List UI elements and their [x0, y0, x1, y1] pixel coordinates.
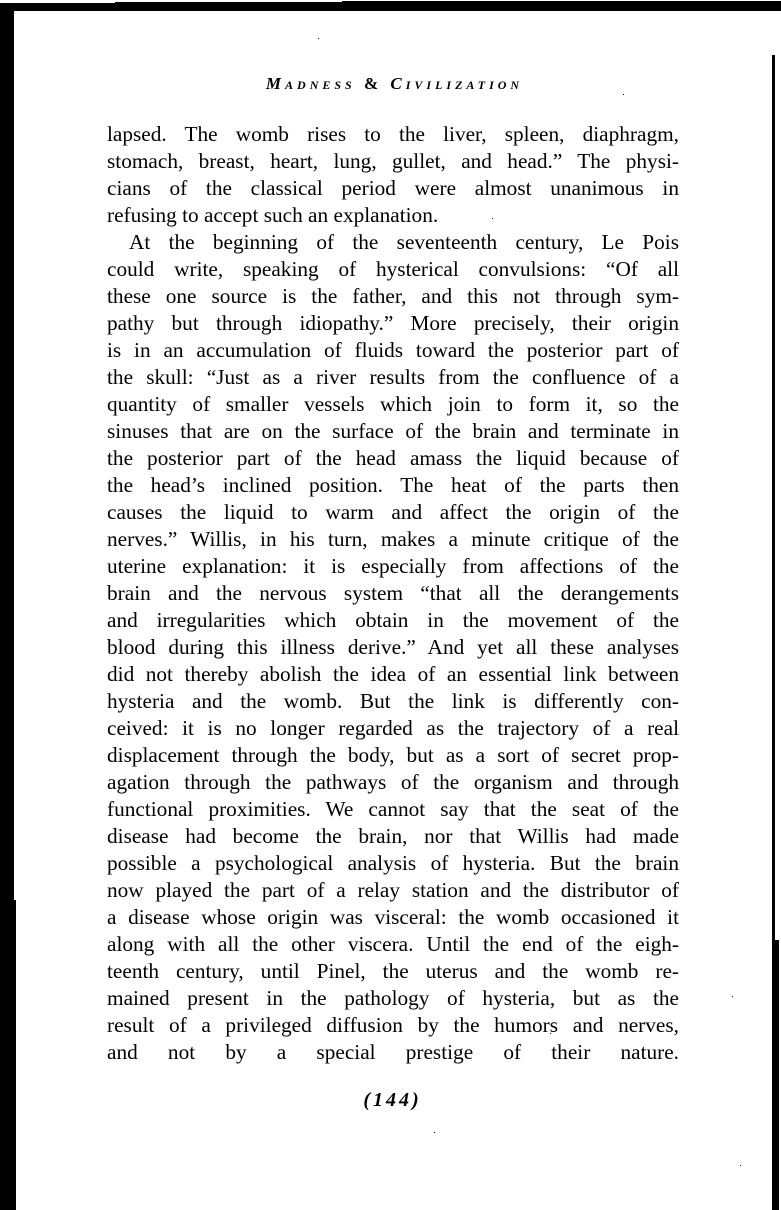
paragraph-continued: lapsed. The womb rises to the liver, spl…: [107, 121, 679, 229]
text-line: the head’s inclined position. The heat o…: [107, 472, 679, 499]
text-line: the posterior part of the head amass the…: [107, 445, 679, 472]
text-line: a disease whose origin was visceral: the…: [107, 904, 679, 931]
text-line: uterine explanation: it is especially fr…: [107, 553, 679, 580]
text-line: hysteria and the womb. But the link is d…: [107, 688, 679, 715]
text-line: ceived: it is no longer regarded as the …: [107, 715, 679, 742]
text-line: teenth century, until Pinel, the uterus …: [107, 958, 679, 985]
scan-border-right-lower: [775, 940, 779, 1210]
scan-speck: [732, 996, 733, 997]
text-line: possible a psychological analysis of hys…: [107, 850, 679, 877]
running-head-ampersand: &: [364, 74, 382, 93]
scan-speck: [434, 1132, 435, 1133]
text-line: is in an accumulation of fluids toward t…: [107, 337, 679, 364]
text-line: along with all the other viscera. Until …: [107, 931, 679, 958]
text-line: and irregularities which obtain in the m…: [107, 607, 679, 634]
text-line: blood during this illness derive.” And y…: [107, 634, 679, 661]
text-line: agation through the pathways of the orga…: [107, 769, 679, 796]
text-line: nerves.” Willis, in his turn, makes a mi…: [107, 526, 679, 553]
scan-speck: [318, 38, 319, 39]
text-line: did not thereby abolish the idea of an e…: [107, 661, 679, 688]
running-head: Madness & Civilization: [0, 74, 781, 94]
text-line: lapsed. The womb rises to the liver, spl…: [107, 121, 679, 148]
running-head-title-part1: Madness: [266, 74, 356, 93]
text-line: quantity of smaller vessels which join t…: [107, 391, 679, 418]
text-line: displacement through the body, but as a …: [107, 742, 679, 769]
text-line: brain and the nervous system “that all t…: [107, 580, 679, 607]
text-line: the skull: “Just as a river results from…: [107, 364, 679, 391]
text-line: stomach, breast, heart, lung, gullet, an…: [107, 148, 679, 175]
body-text: lapsed. The womb rises to the liver, spl…: [107, 121, 679, 1093]
text-line: and not by a special prestige of their n…: [107, 1039, 679, 1066]
scan-speck: [492, 218, 493, 219]
scan-border-left-lower: [4, 900, 16, 1210]
text-line: now played the part of a relay station a…: [107, 877, 679, 904]
text-line: pathy but through idiopathy.” More preci…: [107, 310, 679, 337]
text-line: causes the liquid to warm and affect the…: [107, 499, 679, 526]
text-line: functional proximities. We cannot say th…: [107, 796, 679, 823]
text-line: refusing to accept such an explanation.: [107, 202, 679, 229]
paragraph: At the beginning of the seventeenth cent…: [107, 229, 679, 1093]
page-number: (144): [0, 1089, 781, 1112]
text-line: mained present in the pathology of hyste…: [107, 985, 679, 1012]
text-line: cians of the classical period were almos…: [107, 175, 679, 202]
scan-speck: [623, 94, 624, 95]
text-line: could write, speaking of hysterical conv…: [107, 256, 679, 283]
running-head-title-part2: Civilization: [390, 74, 523, 93]
scan-border-top-base: [0, 3, 781, 11]
scan-speck: [550, 1033, 551, 1034]
text-line: these one source is the father, and this…: [107, 283, 679, 310]
text-line: At the beginning of the seventeenth cent…: [107, 229, 679, 256]
text-line: sinuses that are on the surface of the b…: [107, 418, 679, 445]
text-line: disease had become the brain, nor that W…: [107, 823, 679, 850]
text-line: result of a privileged diffusion by the …: [107, 1012, 679, 1039]
scan-speck: [740, 1165, 741, 1166]
